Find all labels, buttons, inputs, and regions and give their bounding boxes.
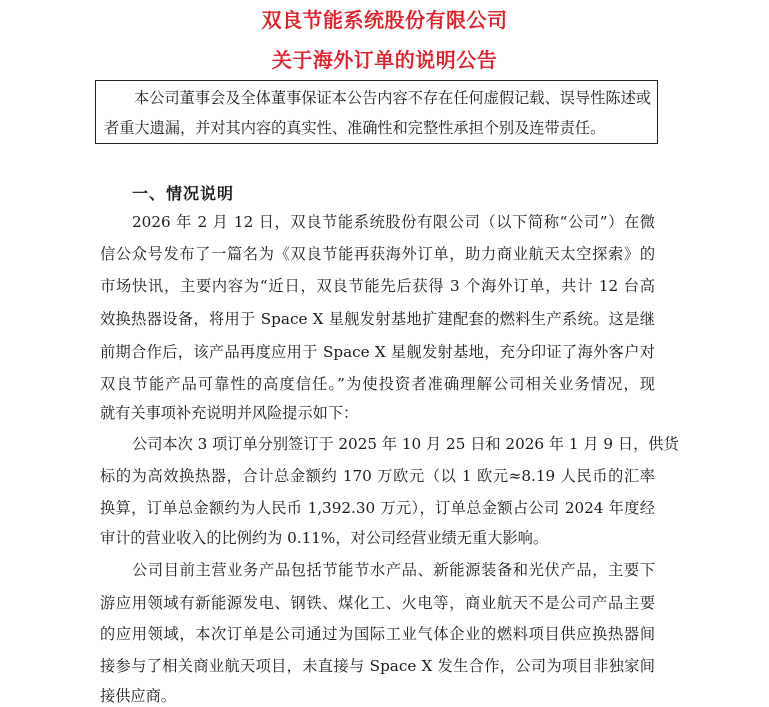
paragraph-line: 公司本次 3 项订单分别签订于 2025 年 10 月 25 日和 2026 年… — [132, 432, 655, 456]
paragraph-line: 接供应商。 — [100, 684, 655, 707]
section-heading-situation: 一、情况说明 — [132, 182, 234, 206]
paragraph-line: 接参与了相关商业航天项目，未直接与 Space X 发生合作，公司为项目非独家间 — [100, 654, 655, 678]
paragraph-line: 游应用领域有新能源发电、钢铁、煤化工、火电等，商业航天不是公司产品主要 — [100, 591, 655, 615]
notice-line: 者重大遗漏，并对其内容的真实性、准确性和完整性承担个别及连带责任。 — [104, 113, 651, 143]
paragraph-line: 就有关事项补充说明并风险提示如下： — [100, 401, 655, 425]
paragraph-line: 效换热器设备，将用于 Space X 星舰发射基地扩建配套的燃料生产系统。这是继 — [100, 307, 655, 331]
board-guarantee-notice-box: 本公司董事会及全体董事保证本公告内容不存在任何虚假记载、误导性陈述或 者重大遗漏… — [95, 80, 658, 144]
paragraph-line: 公司目前主营业务产品包括节能节水产品、新能源装备和光伏产品，主要下 — [132, 558, 655, 582]
paragraph-line: 市场快讯，主要内容为“近日，双良节能先后获得 3 个海外订单，共计 12 台高 — [100, 274, 655, 298]
notice-line: 本公司董事会及全体董事保证本公告内容不存在任何虚假记载、误导性陈述或 — [104, 83, 651, 113]
paragraph-line: 2026 年 2 月 12 日，双良节能系统股份有限公司（以下简称“公司”）在微 — [132, 210, 655, 234]
announcement-page: 双良节能系统股份有限公司 关于海外订单的说明公告 本公司董事会及全体董事保证本公… — [0, 0, 769, 707]
paragraph-line: 信公众号发布了一篇名为《双良节能再获海外订单，助力商业航天太空探索》的 — [100, 242, 655, 266]
paragraph-line: 审计的营业收入的比例约为 0.11%，对公司经营业绩无重大影响。 — [100, 526, 655, 550]
paragraph-line: 双良节能产品可靠性的高度信任。”为使投资者准确理解公司相关业务情况，现 — [100, 372, 655, 396]
paragraph-line: 换算，订单总金额约为人民币 1,392.30 万元），订单总金额占公司 2024… — [100, 496, 655, 520]
announcement-title: 关于海外订单的说明公告 — [0, 48, 769, 72]
paragraph-line: 标的为高效换热器，合计总金额约 170 万欧元（以 1 欧元≈8.19 人民币的… — [100, 464, 655, 488]
paragraph-line: 前期合作后，该产品再度应用于 Space X 星舰发射基地，充分印证了海外客户对 — [100, 340, 655, 364]
paragraph-line: 的应用领域，本次订单是公司通过为国际工业气体企业的燃料项目供应换热器间 — [100, 622, 655, 646]
company-title: 双良节能系统股份有限公司 — [0, 8, 769, 32]
